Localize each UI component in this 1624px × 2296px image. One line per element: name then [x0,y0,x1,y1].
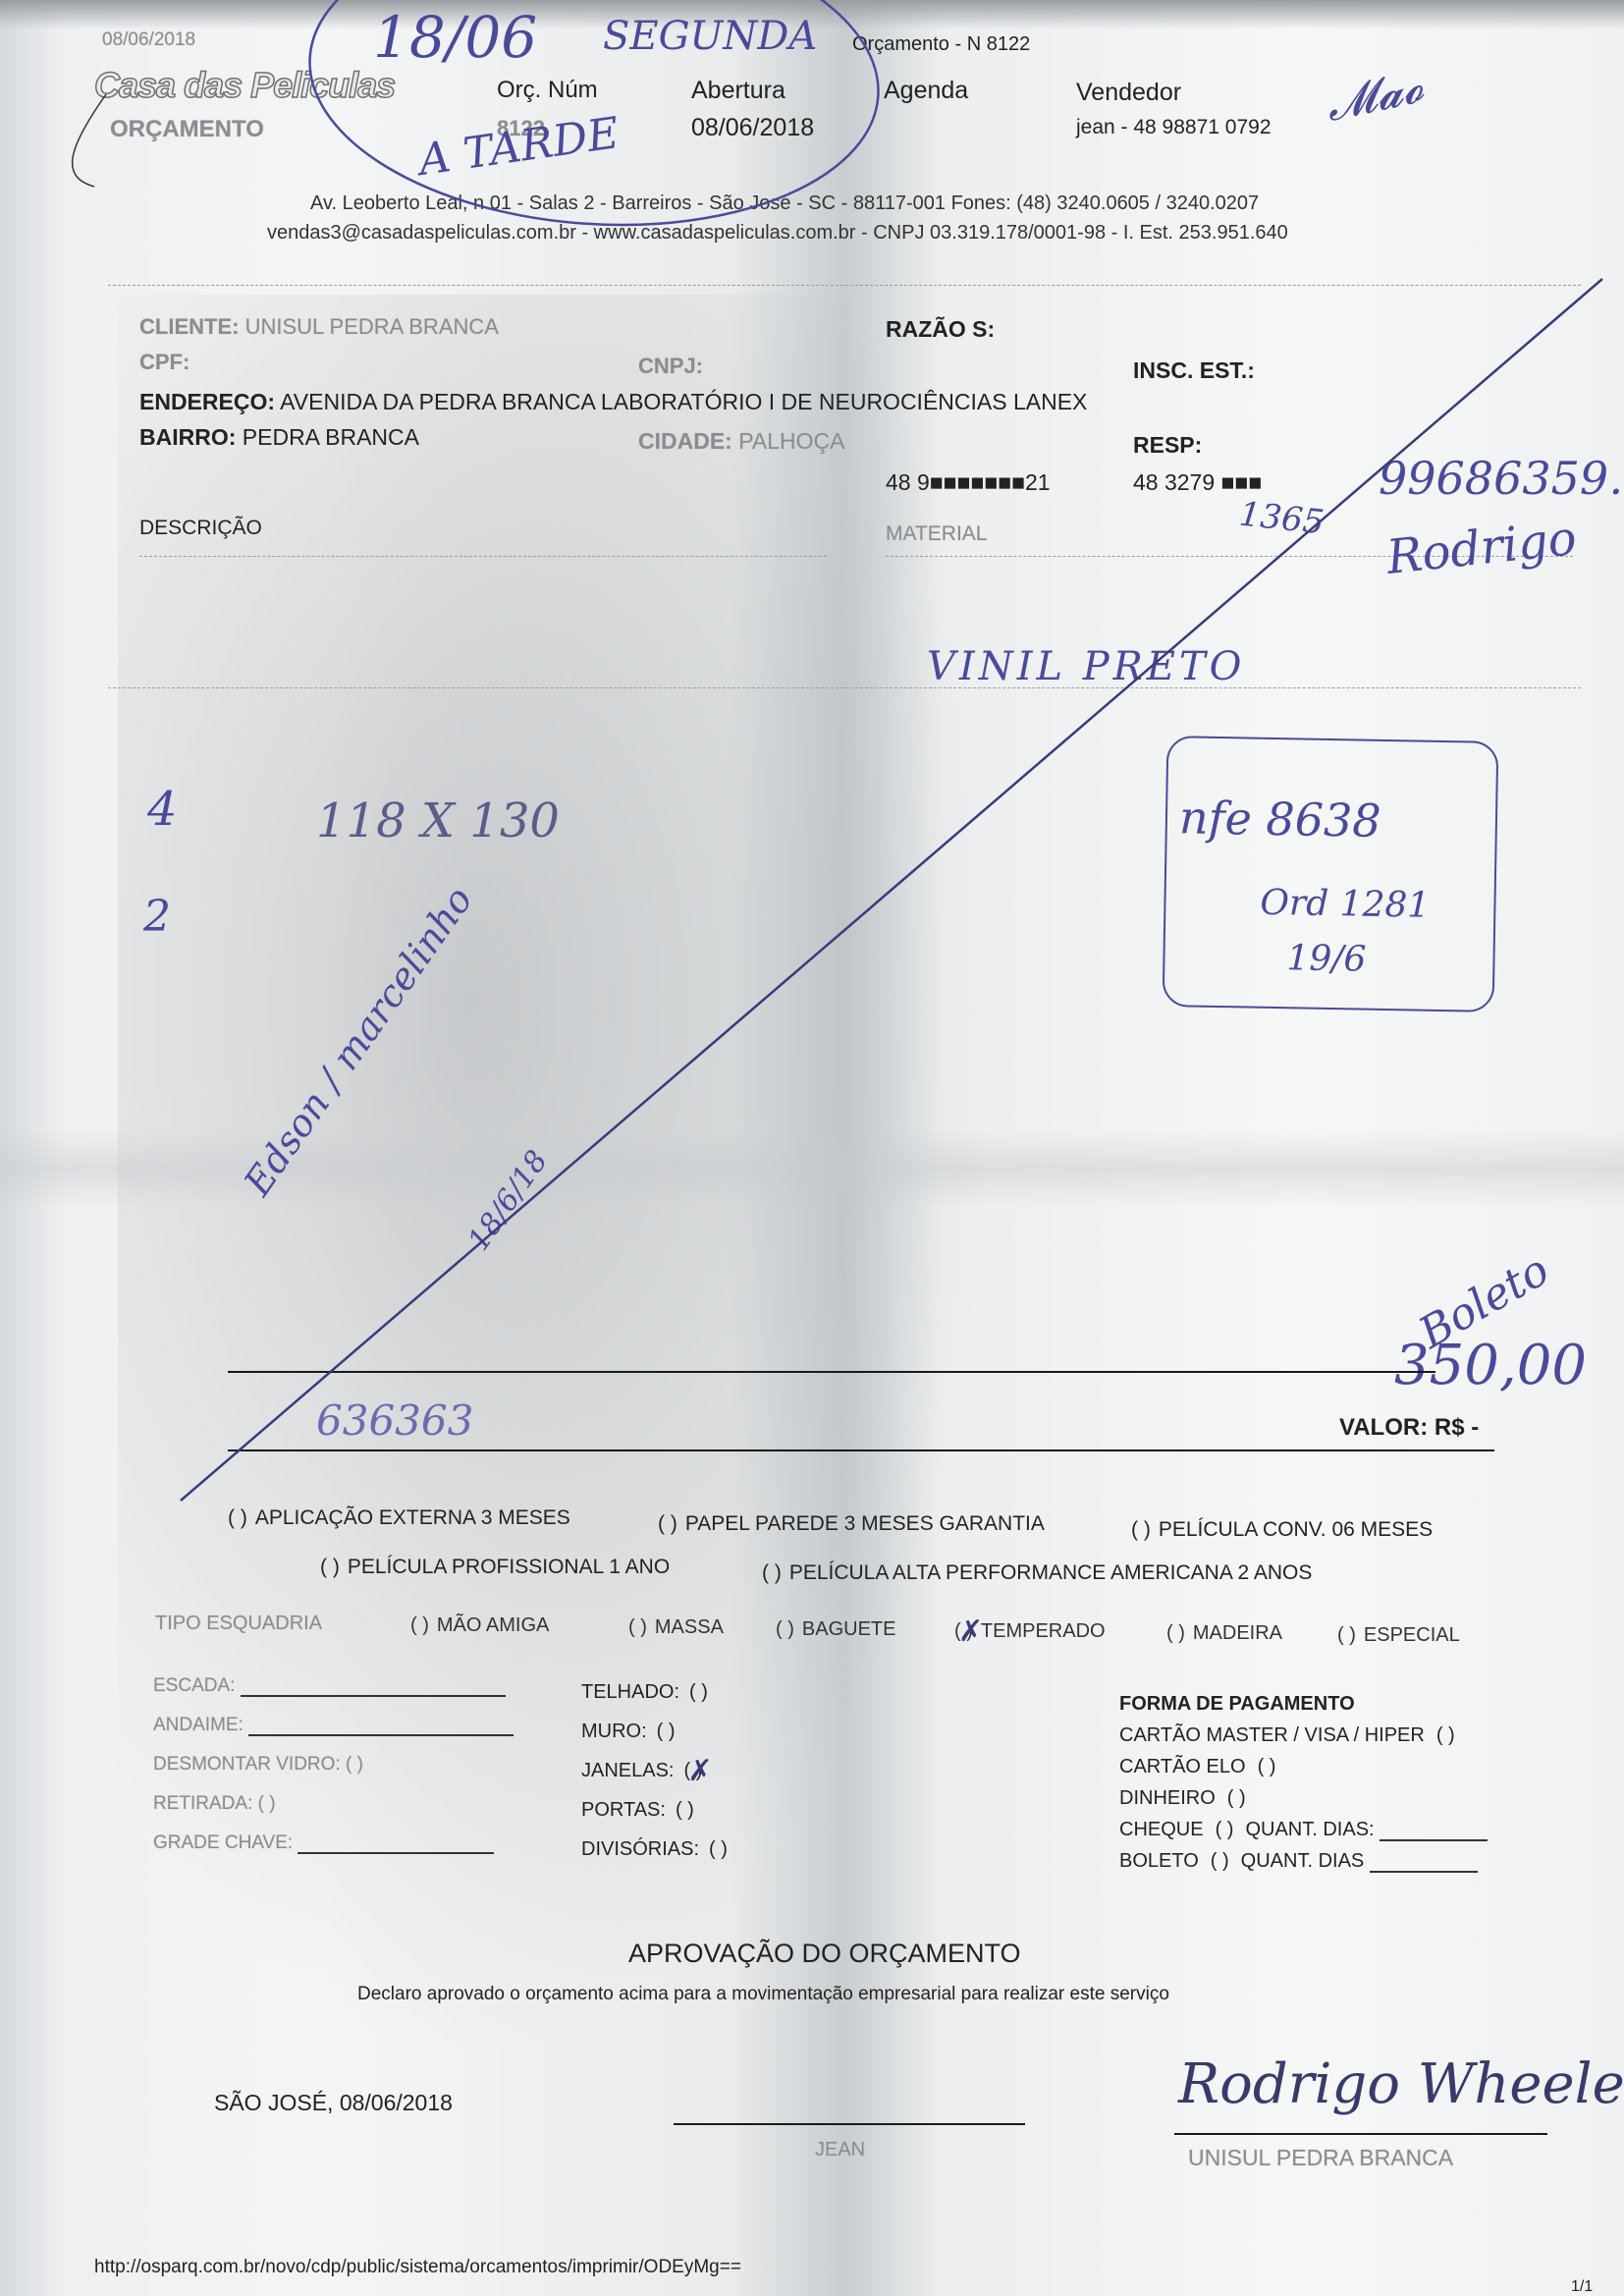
checkbox[interactable]: ( ) [228,1506,247,1530]
abertura-label: Abertura [691,77,785,105]
orc-num-label: Orç. Núm [497,77,598,104]
payment-option[interactable]: CARTÃO ELO( ) [1119,1756,1283,1778]
checkbox[interactable]: ( ) [410,1614,429,1637]
handwritten-qty-2: 2 [143,892,171,942]
payment-option-label: CHEQUE [1119,1819,1204,1840]
checkbox[interactable]: ( ) [1216,1819,1234,1841]
valor-label: VALOR: R$ - [1339,1414,1479,1442]
payment-option[interactable]: DINHEIRO( ) [1119,1787,1254,1810]
esquadria-option-label: MASSA [655,1616,724,1638]
company-logo: Casa das Peliculas [94,65,395,106]
material-label: MATERIAL [886,522,987,546]
vendedor-label: Vendedor [1076,79,1181,107]
checkbox-checked[interactable]: ( )✗ [683,1760,702,1782]
warranty-option-label: APLICAÇÃO EXTERNA 3 MESES [255,1506,570,1529]
checkbox-checked[interactable]: ( )✗ [954,1620,973,1643]
client-signature-line [1174,2133,1547,2135]
agenda-label: Agenda [884,77,968,105]
structure-option-label: JANELAS: [581,1760,674,1781]
payment-option[interactable]: BOLETO( )QUANT. DIAS [1119,1850,1478,1873]
checkbox[interactable]: ( ) [1436,1724,1455,1747]
checkbox[interactable]: ( ) [658,1512,677,1536]
handwritten-diagonal-date: 18/6/18 [461,1144,555,1257]
structure-option-label: TELHADO: [581,1681,679,1703]
checkbox[interactable]: ( ) [676,1799,694,1822]
checkbox[interactable]: ( ) [346,1754,363,1776]
esquadria-option[interactable]: ( )BAGUETE [776,1618,895,1641]
invoice-note-box: nfe 8638 Ord 1281 19/6 [1163,736,1499,1012]
checkbox[interactable]: ( ) [657,1721,676,1743]
approval-title: APROVAÇÃO DO ORÇAMENTO [628,1939,1021,1969]
handwritten-number-note: 636363 [316,1396,473,1445]
quant-dias-input[interactable] [1380,1822,1488,1841]
check-mark-icon: ✗ [687,1754,712,1788]
structure-option[interactable]: TELHADO:( ) [581,1681,716,1704]
checkbox[interactable]: ( ) [1258,1756,1276,1778]
handwritten-weekday: SEGUNDA [603,14,817,59]
warranty-option[interactable]: ( )PELÍCULA ALTA PERFORMANCE AMERICANA 2… [762,1561,1312,1585]
order-number-note: Ord 1281 [1260,883,1431,926]
warranty-option-label: PELÍCULA PROFISSIONAL 1 ANO [348,1556,670,1578]
warranty-option[interactable]: ( )APLICAÇÃO EXTERNA 3 MESES [228,1506,570,1530]
extra-field[interactable]: DESMONTAR VIDRO: ( ) [153,1754,371,1776]
handwritten-dims-1: 118 X 130 [316,793,560,848]
structure-option[interactable]: JANELAS:( )✗ [581,1760,710,1782]
cliente-value: UNISUL PEDRA BRANCA [245,314,499,339]
resp-label: RESP: [1133,432,1202,459]
esquadria-option[interactable]: ( )ESPECIAL [1337,1624,1460,1647]
warranty-option[interactable]: ( )PELÍCULA PROFISSIONAL 1 ANO [320,1556,670,1579]
cnpj-label: CNPJ: [638,354,703,379]
quant-dias-label: QUANT. DIAS [1241,1850,1370,1872]
payment-option-label: CARTÃO ELO [1119,1756,1246,1777]
handwritten-phone-extra: 1365 [1237,495,1326,543]
checkbox[interactable]: ( ) [689,1681,708,1704]
payment-option-label: BOLETO [1119,1850,1199,1872]
structure-option[interactable]: MURO:( ) [581,1721,683,1743]
esquadria-label: TIPO ESQUADRIA [155,1613,322,1635]
esquadria-option-label: TEMPERADO [981,1620,1106,1642]
logo-wire-mark [73,94,106,187]
extra-field-input[interactable] [248,1717,514,1736]
structure-option-label: MURO: [581,1721,647,1742]
cpf-label: CPF: [139,350,189,375]
client-signature-label: UNISUL PEDRA BRANCA [1188,2145,1453,2171]
warranty-option-label: PAPEL PAREDE 3 MESES GARANTIA [685,1512,1045,1535]
handwritten-date: 18/06 [373,4,537,71]
client-phone-2: 48 3279 ■■■ [1133,469,1262,496]
endereco-value: AVENIDA DA PEDRA BRANCA LABORATÓRIO I DE… [280,389,1087,414]
document-type: ORÇAMENTO [110,116,264,143]
page-number: 1/1 [1571,2278,1593,2296]
quote-reference: Orçamento - N 8122 [852,33,1030,56]
handwritten-qty-1: 4 [147,782,178,837]
extra-field-label: RETIRADA: [153,1793,258,1814]
endereco-row: ENDEREÇO: AVENIDA DA PEDRA BRANCA LABORA… [139,389,1087,415]
checkbox[interactable]: ( ) [1131,1518,1151,1542]
descricao-label: DESCRIÇÃO [139,517,262,540]
warranty-option-label: PELÍCULA CONV. 06 MESES [1159,1518,1433,1541]
esquadria-option[interactable]: ( )MADEIRA [1166,1622,1282,1645]
quant-dias-input[interactable] [1370,1853,1478,1873]
invoice-number-note: nfe 8638 [1179,791,1381,847]
vendedor-value: jean - 48 98871 0792 [1076,116,1272,139]
quant-dias-label: QUANT. DIAS: [1245,1819,1380,1840]
payment-option-label: DINHEIRO [1119,1787,1216,1809]
print-date: 08/06/2018 [102,29,195,51]
warranty-option-label: PELÍCULA ALTA PERFORMANCE AMERICANA 2 AN… [789,1561,1313,1584]
insc-est-label: INSC. EST.: [1133,357,1255,384]
place-date: SÃO JOSÉ, 08/06/2018 [214,2090,453,2116]
header-divider [108,285,1581,286]
box-date-note: 19/6 [1286,938,1367,979]
approval-declaration: Declaro aprovado o orçamento acima para … [357,1984,1169,2005]
checkbox[interactable]: ( ) [762,1561,782,1585]
checkbox[interactable]: ( ) [1227,1787,1246,1810]
extra-field-label: GRADE CHAVE: [153,1832,298,1853]
extra-field-input[interactable] [298,1834,494,1854]
esquadria-option[interactable]: ( )MÃO AMIGA [410,1614,549,1637]
checkbox[interactable]: ( ) [709,1838,728,1861]
vendor-initials-signature: 𝓜𝓪𝓸 [1321,59,1428,134]
extra-field[interactable]: ANDAIME: [153,1715,514,1736]
structure-option-label: DIVISÓRIAS: [581,1838,699,1860]
total-line-bottom [228,1449,1494,1451]
checkbox[interactable]: ( ) [776,1618,794,1641]
payment-option[interactable]: CARTÃO MASTER / VISA / HIPER( ) [1119,1724,1463,1747]
payment-option-label: CARTÃO MASTER / VISA / HIPER [1119,1724,1425,1746]
checkbox[interactable]: ( ) [1211,1850,1229,1873]
descricao-divider [139,556,827,557]
extra-field[interactable]: ESCADA: [153,1675,506,1697]
company-contact: vendas3@casadaspeliculas.com.br - www.ca… [267,222,1288,245]
endereco-label: ENDEREÇO: [139,389,275,414]
items-divider [108,687,1581,688]
esquadria-option-label: MÃO AMIGA [437,1614,549,1636]
bairro-value: PEDRA BRANCA [243,424,419,450]
extra-field-label: DESMONTAR VIDRO: [153,1754,346,1775]
abertura-value: 08/06/2018 [691,114,814,142]
handwritten-material: VINIL PRETO [927,644,1245,689]
extra-field[interactable]: RETIRADA: ( ) [153,1793,284,1815]
structure-option[interactable]: DIVISÓRIAS:( ) [581,1838,735,1861]
extra-field[interactable]: GRADE CHAVE: [153,1832,494,1854]
handwritten-amount: 350,00 [1394,1334,1587,1397]
structure-option[interactable]: PORTAS:( ) [581,1799,702,1822]
handwritten-diagonal-note: Edson / marcelinho [236,879,481,1203]
extra-field-label: ANDAIME: [153,1715,248,1735]
payment-option[interactable]: CHEQUE( )QUANT. DIAS: [1119,1819,1488,1841]
payment-title: FORMA DE PAGAMENTO [1119,1693,1355,1716]
extra-field-input[interactable] [241,1677,506,1697]
warranty-option[interactable]: ( )PELÍCULA CONV. 06 MESES [1131,1518,1433,1542]
bairro-row: BAIRRO: PEDRA BRANCA [139,424,419,451]
checkbox[interactable]: ( ) [628,1616,647,1639]
approver-signature: Rodrigo Wheeler [1178,2052,1624,2116]
esquadria-option-label: BAGUETE [802,1618,896,1640]
esquadria-option[interactable]: ( )✗TEMPERADO [954,1620,1106,1643]
handwritten-contact-name: Rodrigo [1384,511,1579,585]
structure-option-label: PORTAS: [581,1799,666,1821]
cidade-row: CIDADE: PALHOÇA [638,428,844,455]
company-address: Av. Leoberto Leal, n 01 - Salas 2 - Barr… [310,192,1259,215]
check-mark-icon: ✗ [958,1614,983,1649]
footer-url: http://osparq.com.br/novo/cdp/public/sis… [94,2257,741,2278]
seller-signature-line [674,2123,1025,2125]
warranty-option[interactable]: ( )PAPEL PAREDE 3 MESES GARANTIA [658,1512,1045,1536]
extra-field-label: ESCADA: [153,1675,241,1696]
esquadria-option-label: MADEIRA [1193,1622,1282,1644]
checkbox[interactable]: ( ) [1337,1624,1356,1647]
razao-social-label: RAZÃO S: [886,316,995,343]
seller-signature-label: JEAN [815,2139,865,2161]
checkbox[interactable]: ( ) [320,1556,340,1579]
esquadria-option-label: ESPECIAL [1364,1624,1460,1646]
total-line-top [228,1371,1435,1373]
checkbox[interactable]: ( ) [258,1793,276,1815]
cliente-label: CLIENTE: UNISUL PEDRA BRANCA [139,314,499,340]
cidade-value: PALHOÇA [738,428,844,454]
checkbox[interactable]: ( ) [1166,1622,1185,1645]
handwritten-mobile: 99686359… [1379,452,1624,505]
esquadria-option[interactable]: ( )MASSA [628,1616,724,1639]
client-phone-1: 48 9■■■■■■■21 [886,469,1051,496]
